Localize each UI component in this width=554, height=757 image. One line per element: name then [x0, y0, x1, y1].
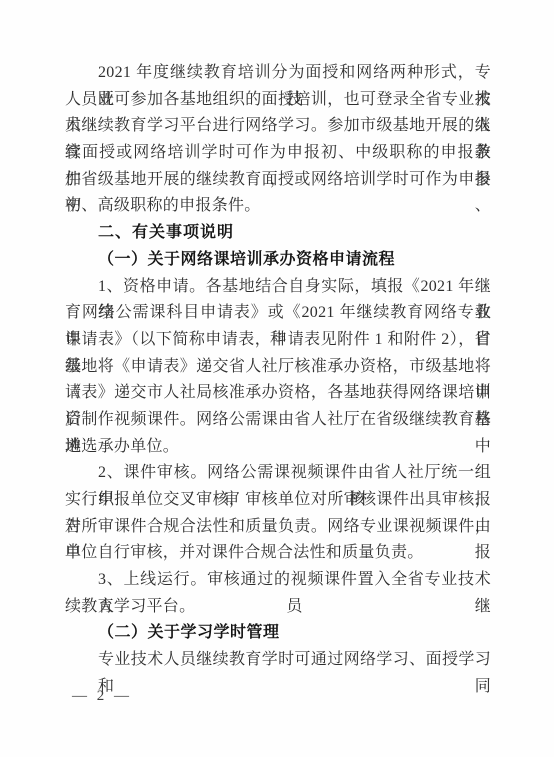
body-line: 员继续教育学习平台进行网络学习。参加市级基地开展的继续教	[65, 113, 491, 140]
heading-subsection-2: （二）关于学习学时管理	[65, 620, 491, 647]
body-line: 1、资格申请。各基地结合自身实际，填报《2021 年继续教	[65, 274, 491, 301]
body-line: 专业技术人员继续教育学时可通过网络学习、面授学习和同	[65, 647, 491, 674]
document-page: 2021 年度继续教育培训分为面授和网络两种形式，专业技术 人员既可参加各基地组…	[0, 0, 554, 757]
body-line: 实行申报单位交叉审核，审核单位对所审核课件出具审核报告，	[65, 487, 491, 514]
body-line: 2021 年度继续教育培训分为面授和网络两种形式，专业技术	[65, 60, 491, 87]
body-line: 育网络公需课科目申请表》或《2021 年继续教育网络专业课科目	[65, 300, 491, 327]
body-line: 请表》递交市人社局核准承办资格，各基地获得网络课培训资格	[65, 380, 491, 407]
body-line: 加省级基地开展的继续教育面授或网络培训学时可作为申报初、	[65, 167, 491, 194]
body-line: 对所审课件合规合法性和质量负责。网络专业课视频课件由申报	[65, 514, 491, 541]
heading-section-2: 二、有关事项说明	[65, 220, 491, 247]
body-line: 基地将《申请表》递交省人社厅核准承办资格，市级基地将《申	[65, 354, 491, 381]
body-line: 申请表》（以下简称申请表，申请表见附件 1 和附件 2），省级	[65, 327, 491, 354]
body-line: 后制作视频课件。网络公需课由省人社厅在省级继续教育基地中	[65, 407, 491, 434]
text-block: 2021 年度继续教育培训分为面授和网络两种形式，专业技术 人员既可参加各基地组…	[65, 60, 491, 674]
heading-subsection-1: （一）关于网络课培训承办资格申请流程	[65, 247, 491, 274]
page-number: — 2 —	[72, 688, 132, 705]
body-line: 3、上线运行。审核通过的视频课件置入全省专业技术人员继	[65, 567, 491, 594]
body-line: 人员既可参加各基地组织的面授培训，也可登录全省专业技术人	[65, 87, 491, 114]
body-line: 育面授或网络培训学时可作为申报初、中级职称的申报条件，参	[65, 140, 491, 167]
body-line: 2、课件审核。网络公需课视频课件由省人社厅统一组织审核，	[65, 460, 491, 487]
